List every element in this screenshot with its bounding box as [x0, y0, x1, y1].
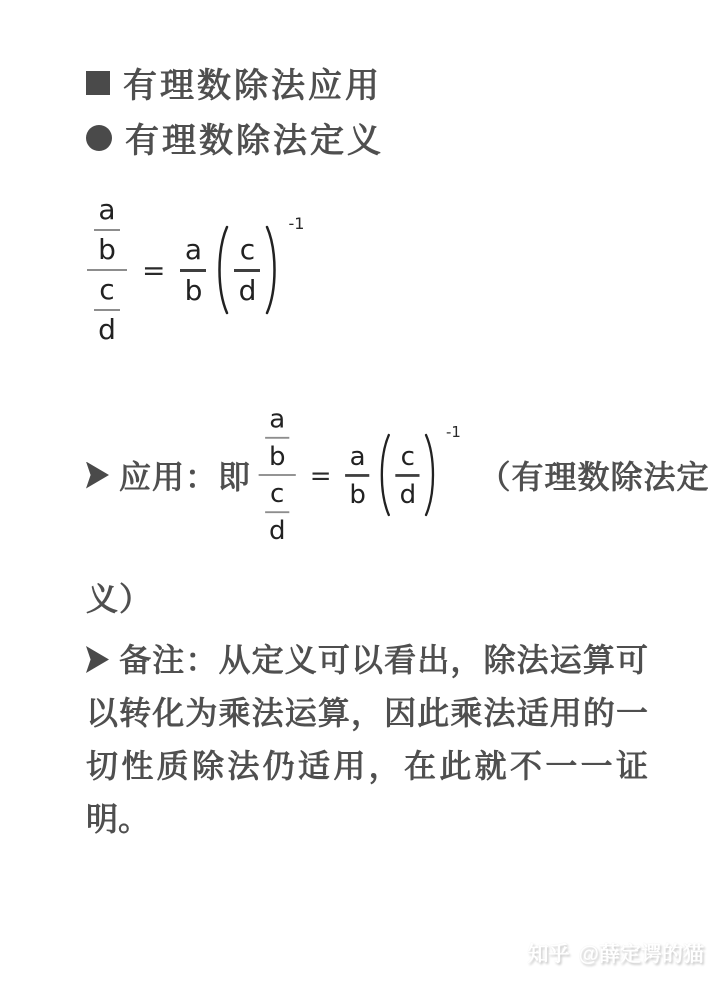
application-label: 应用：即	[119, 452, 251, 498]
simple-fraction: c d	[234, 236, 260, 305]
note-line-text: 备注：从定义可以看出，除法运算可	[118, 642, 648, 678]
variable-a: a	[185, 236, 202, 264]
watermark: 知乎 @薛定谔的猫	[528, 938, 704, 968]
variable-b: b	[185, 277, 203, 305]
variable-a: a	[350, 443, 366, 469]
note-paragraph: 备注：从定义可以看出，除法运算可 以转化为乘法运算，因此乘法适用的一 切性质除法…	[86, 634, 648, 846]
fraction-bar	[346, 474, 370, 477]
main-fraction-bar	[259, 474, 296, 476]
equals-sign: =	[310, 460, 332, 491]
fraction-bar	[180, 269, 206, 272]
variable-b: b	[98, 236, 116, 264]
application-suffix: （有理数除法定	[478, 452, 709, 498]
variable-c: c	[270, 481, 284, 507]
fraction-bar	[396, 474, 420, 477]
complex-fraction: a b c d	[87, 196, 127, 344]
arrow-right-icon	[86, 646, 109, 673]
exponent: -1	[446, 425, 461, 440]
parenthesized-fraction: c d -1	[377, 432, 461, 518]
note-line: 明。	[86, 793, 648, 846]
left-paren-icon	[214, 224, 230, 316]
equals-sign: =	[142, 254, 165, 287]
application-row: 应用：即 a b c d = a b c d	[86, 396, 710, 554]
heading-definition-label: 有理数除法定义	[125, 113, 384, 162]
heading-application-label: 有理数除法应用	[123, 58, 382, 107]
fraction-bar	[265, 437, 289, 439]
circle-bullet-icon	[86, 125, 112, 151]
parenthesized-fraction: c d -1	[214, 224, 304, 316]
note-line: 以转化为乘法运算，因此乘法适用的一	[86, 687, 648, 740]
application-formula: a b c d = a b c d -1	[259, 406, 461, 544]
note-page: { "colors": { "background": "#ffffff", "…	[0, 0, 720, 986]
variable-d: d	[400, 481, 417, 507]
variable-c: c	[99, 276, 114, 304]
arrow-right-icon	[86, 462, 109, 489]
square-bullet-icon	[86, 71, 110, 95]
watermark-handle: @薛定谔的猫	[579, 938, 704, 968]
variable-c: c	[240, 236, 255, 264]
definition-formula: a b c d = a b c d -1	[87, 196, 304, 344]
left-paren-icon	[377, 432, 392, 518]
simple-fraction: a b	[346, 443, 370, 507]
heading-definition: 有理数除法定义	[86, 113, 384, 162]
variable-a: a	[269, 406, 285, 432]
simple-fraction: c d	[396, 443, 420, 507]
application-suffix-wrap: 义）	[86, 574, 152, 620]
heading-application: 有理数除法应用	[86, 58, 382, 107]
right-paren-icon	[264, 224, 280, 316]
note-line: 备注：从定义可以看出，除法运算可	[86, 634, 648, 687]
fraction-bar	[234, 269, 260, 272]
right-paren-icon	[424, 432, 439, 518]
variable-d: d	[98, 316, 116, 344]
watermark-brand: 知乎	[528, 938, 570, 968]
variable-c: c	[401, 443, 415, 469]
variable-d: d	[269, 518, 286, 544]
fraction-bar	[94, 229, 120, 231]
main-fraction-bar	[87, 269, 127, 271]
note-line: 切性质除法仍适用，在此就不一一证	[86, 740, 648, 793]
variable-d: d	[239, 277, 257, 305]
fraction-bar	[265, 511, 289, 513]
variable-a: a	[98, 196, 115, 224]
fraction-bar	[94, 309, 120, 311]
exponent: -1	[289, 216, 305, 232]
simple-fraction: a b	[180, 236, 206, 305]
variable-b: b	[269, 443, 286, 469]
variable-b: b	[349, 481, 366, 507]
complex-fraction: a b c d	[259, 406, 296, 544]
